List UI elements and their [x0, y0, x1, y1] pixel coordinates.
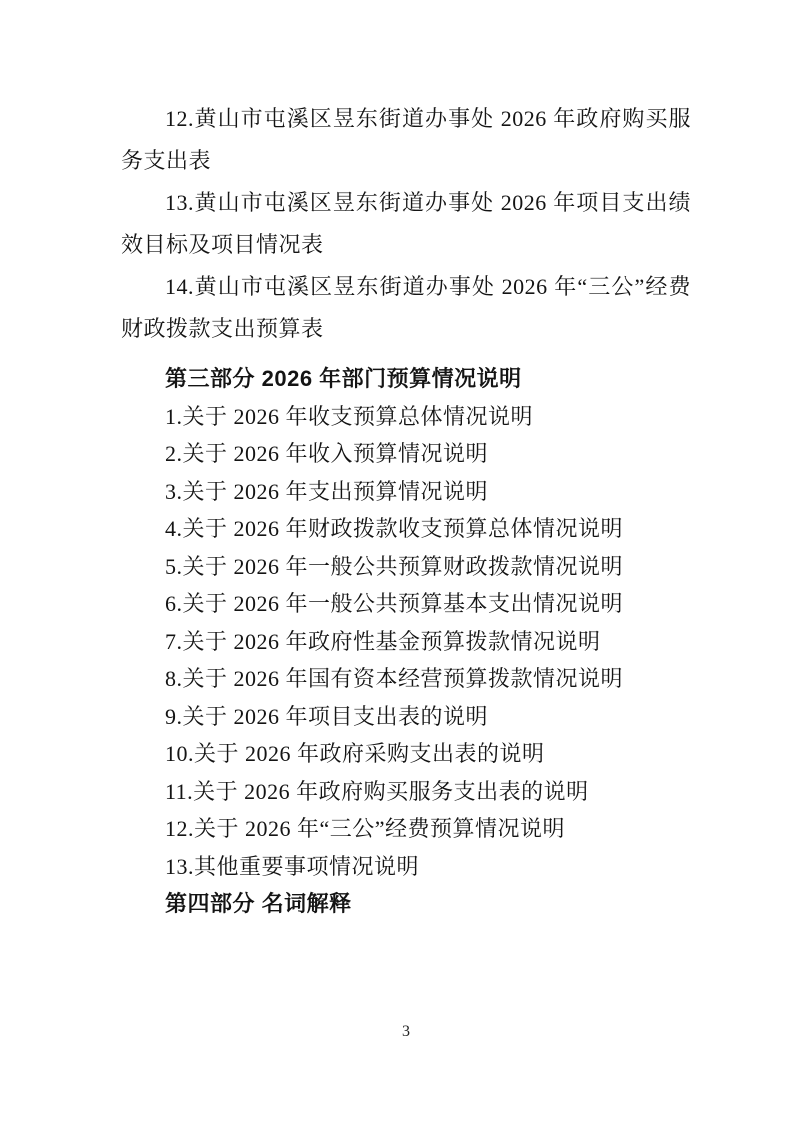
- page-content: 12.黄山市屯溪区昱东街道办事处 2026 年政府购买服务支出表 13.黄山市屯…: [121, 98, 691, 923]
- toc-table-entry-13: 13.黄山市屯溪区昱东街道办事处 2026 年项目支出绩效目标及项目情况表: [121, 182, 691, 266]
- part3-item-5: 5.关于 2026 年一般公共预算财政拨款情况说明: [121, 548, 691, 586]
- part3-item-3: 3.关于 2026 年支出预算情况说明: [121, 473, 691, 511]
- part3-item-1: 1.关于 2026 年收支预算总体情况说明: [121, 398, 691, 436]
- part3-item-9: 9.关于 2026 年项目支出表的说明: [121, 698, 691, 736]
- part3-item-12: 12.关于 2026 年“三公”经费预算情况说明: [121, 810, 691, 848]
- toc-table-entry-12: 12.黄山市屯溪区昱东街道办事处 2026 年政府购买服务支出表: [121, 98, 691, 182]
- part3-item-8: 8.关于 2026 年国有资本经营预算拨款情况说明: [121, 660, 691, 698]
- part3-item-7: 7.关于 2026 年政府性基金预算拨款情况说明: [121, 623, 691, 661]
- document-page: 12.黄山市屯溪区昱东街道办事处 2026 年政府购买服务支出表 13.黄山市屯…: [0, 0, 793, 1122]
- part3-item-13: 13.其他重要事项情况说明: [121, 848, 691, 886]
- part3-item-2: 2.关于 2026 年收入预算情况说明: [121, 435, 691, 473]
- toc-table-entry-14: 14.黄山市屯溪区昱东街道办事处 2026 年“三公”经费财政拨款支出预算表: [121, 266, 691, 350]
- part3-item-4: 4.关于 2026 年财政拨款收支预算总体情况说明: [121, 510, 691, 548]
- part3-item-11: 11.关于 2026 年政府购买服务支出表的说明: [121, 773, 691, 811]
- page-number: 3: [402, 1023, 410, 1040]
- page-footer: 3: [121, 1022, 691, 1042]
- part3-heading: 第三部分 2026 年部门预算情况说明: [121, 360, 691, 398]
- part3-item-6: 6.关于 2026 年一般公共预算基本支出情况说明: [121, 585, 691, 623]
- part4-heading: 第四部分 名词解释: [121, 885, 691, 923]
- part3-item-10: 10.关于 2026 年政府采购支出表的说明: [121, 735, 691, 773]
